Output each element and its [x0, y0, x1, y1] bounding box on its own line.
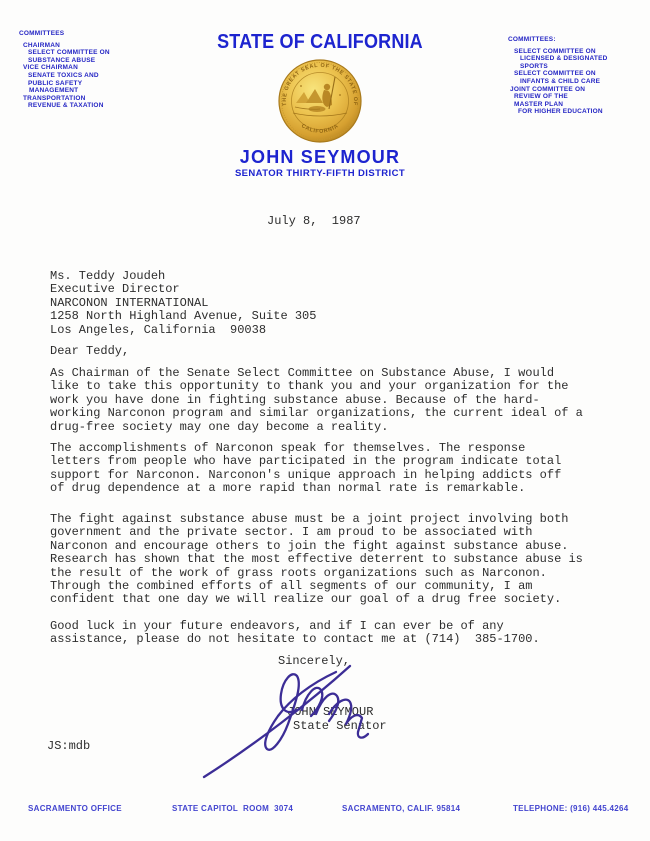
committee-line: INFANTS & CHILD CARE	[520, 78, 608, 86]
body-paragraph: The fight against substance abuse must b…	[50, 513, 583, 607]
committee-line: SUBSTANCE ABUSE	[28, 57, 110, 65]
letter-date: July 8, 1987	[267, 215, 361, 228]
committee-line: TRANSPORTATION	[23, 95, 110, 103]
senator-district: SENATOR THIRTY-FIFTH DISTRICT	[0, 168, 640, 179]
handwritten-signature	[198, 650, 398, 785]
committee-line: REVIEW OF THE	[514, 93, 608, 101]
body-paragraph: Good luck in your future endeavors, and …	[50, 620, 540, 647]
committee-line: PUBLIC SAFETY	[28, 80, 110, 88]
committee-line: JOINT COMMITTEE ON	[510, 86, 608, 94]
salutation: Dear Teddy,	[50, 345, 129, 358]
committee-line: MASTER PLAN	[514, 101, 608, 109]
footer-city: SACRAMENTO, CALIF. 95814	[342, 804, 460, 813]
letter-page: COMMITTEES CHAIRMAN SELECT COMMITTEE ON …	[0, 0, 650, 841]
body-paragraph: As Chairman of the Senate Select Committ…	[50, 367, 583, 434]
recipient-address: Ms. Teddy Joudeh Executive Director NARC…	[50, 270, 316, 337]
senator-name: JOHN SEYMOUR	[0, 147, 640, 168]
footer-office: SACRAMENTO OFFICE	[28, 804, 122, 813]
committee-line: REVENUE & TAXATION	[28, 102, 110, 110]
committee-line: SELECT COMMITTEE ON	[514, 70, 608, 78]
body-paragraph: The accomplishments of Narconon speak fo…	[50, 442, 561, 496]
committee-line: SENATE TOXICS AND	[28, 72, 110, 80]
committee-line: SPORTS	[520, 63, 608, 71]
committee-line: VICE CHAIRMAN	[23, 64, 110, 72]
typist-initials: JS:mdb	[47, 740, 90, 753]
footer-address: STATE CAPITOL ROOM 3074	[172, 804, 293, 813]
state-title: STATE OF CALIFORNIA	[32, 31, 608, 54]
california-seal-icon: THE GREAT SEAL OF THE STATE OF CALIFORNI…	[278, 59, 362, 143]
committee-line: LICENSED & DESIGNATED	[520, 55, 608, 63]
committee-line: FOR HIGHER EDUCATION	[518, 108, 608, 116]
committee-line: MANAGEMENT	[29, 87, 110, 95]
footer-telephone: TELEPHONE: (916) 445.4264	[513, 804, 629, 813]
